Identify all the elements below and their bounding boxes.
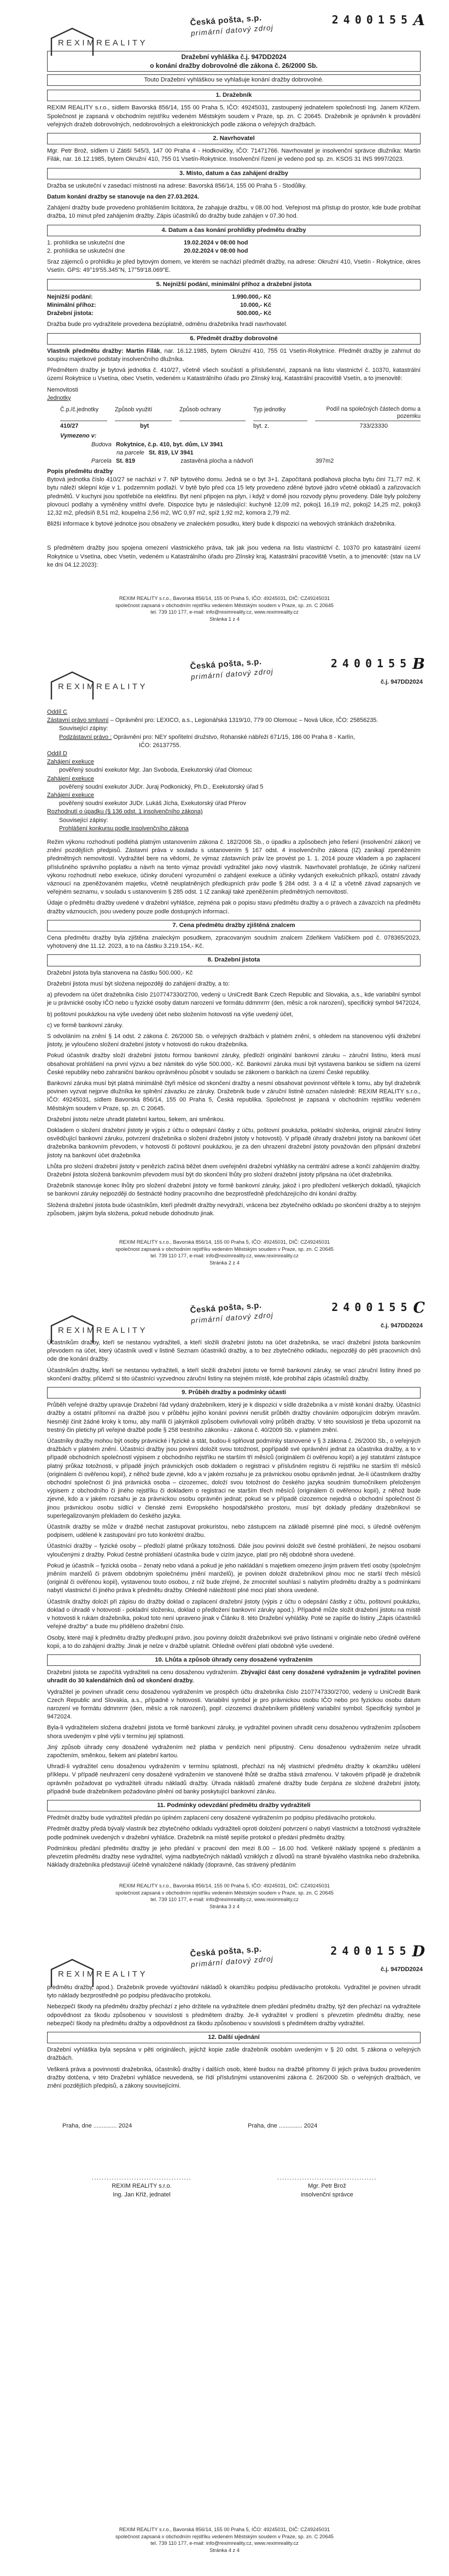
- paragraph: Dražební jistota se započítá vydražiteli…: [47, 1669, 421, 1685]
- paragraph: Lhůta pro složení dražební jistoty v pen…: [47, 1163, 421, 1179]
- section-heading: 7. Cena předmětu dražby zjištěná znalcem: [47, 920, 421, 931]
- rexim-reality-logo: REXIMREALITY: [55, 675, 175, 703]
- paragraph-text: Nebezpečí škody na předmětu dražby přech…: [47, 2003, 421, 2026]
- document-number-digits: 2400155: [331, 1301, 412, 1314]
- paragraph: Uhradí-li vydražitel cenu dosaženou vydr…: [47, 1763, 421, 1796]
- paragraph: S odvoláním na znění § 14 odst. 2 zákona…: [47, 1033, 421, 1049]
- text-line: Související zápisy:: [47, 725, 421, 733]
- kv-value: 10.000,- Kč: [129, 301, 271, 310]
- paragraph-text: Dražební jistotu nelze uhradit platební …: [47, 1116, 225, 1123]
- paragraph: Údaje o předmětu dražby uvedené v dražeb…: [47, 899, 421, 916]
- signature-right: Praha, dne .............. 2024..........…: [248, 2122, 406, 2199]
- paragraph-text: Pokud účastník dražby složí dražební jis…: [47, 1052, 421, 1075]
- kv-row: Nejnižší podání:1.990.000,- Kč: [47, 293, 421, 301]
- page-number: Stránka 4 z 4: [0, 2547, 449, 2554]
- signature-role: Ing. Jan Kříž, jednatel: [62, 2191, 221, 2199]
- document-number-digits: 2400155: [330, 1944, 411, 1957]
- paragraph-text: S odvoláním na znění § 14 odst. 2 zákona…: [47, 1033, 421, 1048]
- kv-label: 1. prohlídka se uskuteční dne: [47, 239, 184, 247]
- doc-title: Dražební vyhláška č.j. 947DD2024o konání…: [47, 51, 421, 72]
- paragraph-text: S předmětem dražby jsou spojena omezení …: [47, 545, 421, 568]
- table-cell: byt. z.: [253, 422, 315, 430]
- table-header-cell: Č.p./č.jednotky: [60, 406, 107, 421]
- page-body: Oddíl CZástavní právo smluvní – Oprávněn…: [47, 708, 421, 1221]
- paragraph: Datum konání dražby se stanovuje na den …: [47, 193, 421, 201]
- paragraph: REXIM REALITY s.r.o., sídlem Bavorská 85…: [47, 104, 421, 129]
- text-line: Související zápisy:: [47, 817, 421, 825]
- footer-line-2: společnost zapsaná v obchodním rejstříku…: [0, 2533, 449, 2540]
- table-header-cell: Způsob ochrany: [179, 406, 246, 421]
- paragraph-text: Zahájení dražby bude provedeno prohlášen…: [47, 205, 421, 219]
- kv-value: 20.02.2024 v 08:00 hod: [184, 247, 248, 255]
- vymezeno-kind: Budova: [91, 441, 112, 449]
- footer-line-1: REXIM REALITY s.r.o., Bavorská 856/14, 1…: [0, 1239, 449, 1246]
- paragraph-text: Dokladem o složení dražební jistoty je v…: [47, 1127, 421, 1159]
- paragraph: Pokud je účastník – fyzická osoba – žena…: [47, 1562, 421, 1595]
- paragraph-text: Bytová jednotka číslo 410/27 se nachází …: [47, 476, 421, 516]
- paragraph: Sraz zájemců o prohlídku je před bytovým…: [47, 258, 421, 275]
- section-heading: 2. Navrhovatel: [47, 133, 421, 144]
- line-text: Oprávnění pro: NEY spořitelní družstvo, …: [112, 734, 355, 741]
- underlined-lead: Zahájení exekuce: [47, 759, 94, 765]
- text-line: Zahájení exekuce: [47, 775, 421, 783]
- footer-line-1: REXIM REALITY s.r.o., Bavorská 856/14, 1…: [0, 2526, 449, 2533]
- section-heading: 12. Další ujednání: [47, 2032, 421, 2043]
- paragraph-text: Lhůta pro složení dražební jistoty v pen…: [47, 1163, 421, 1178]
- vymezeno-landuse: zastavěná plocha a nádvoří: [180, 457, 253, 465]
- signature-date: Praha, dne .............. 2024: [62, 2122, 221, 2130]
- underlined-lead: Oddíl D: [47, 750, 67, 757]
- underlined-lead: Zahájení exekuce: [47, 792, 94, 799]
- paragraph: Účastníkům dražby, kteří se nestanou vyd…: [47, 1339, 421, 1364]
- paragraph: Složená dražební jistota bude účastníkům…: [47, 1202, 421, 1218]
- table-cell: [179, 422, 253, 430]
- page-letter-handwritten: C: [413, 1299, 425, 1316]
- paragraph: Bankovní záruka musí být platná minimáln…: [47, 1080, 421, 1113]
- text-line: Oddíl C: [47, 708, 421, 716]
- paragraph: předmětu dražby, apod.). Dražebník prove…: [47, 1984, 421, 2000]
- key-value-block: Nejnižší podání:1.990.000,- KčMinimální …: [47, 293, 421, 318]
- paragraph: Účastníkům dražby, kteří se nestanou vyd…: [47, 1367, 421, 1383]
- underlined-lead: Zástavní právo smluvní: [47, 717, 109, 724]
- paragraph: S předmětem dražby jsou spojena omezení …: [47, 544, 421, 569]
- text-line: Zástavní právo smluvní – Oprávnění pro: …: [47, 716, 421, 725]
- logo-text: REXIMREALITY: [58, 682, 148, 691]
- kv-label: Minimální příhoz:: [47, 301, 129, 310]
- paragraph: Dražba bude pro vydražitele provedena be…: [47, 320, 421, 329]
- paragraph: Dokladem o složení dražební jistoty je v…: [47, 1127, 421, 1160]
- footer-line-1: REXIM REALITY s.r.o., Bavorská 856/14, 1…: [0, 1883, 449, 1890]
- table-cell: 733/23330: [315, 422, 421, 430]
- paragraph-text: Údaje o předmětu dražby uvedené v dražeb…: [47, 900, 421, 914]
- paragraph-text: Sraz zájemců o prohlídku je před bytovým…: [47, 259, 421, 273]
- page-header: REXIMREALITYČeská pošta, s.p.primární da…: [47, 656, 425, 710]
- paragraph-text: Účastníkům dražby, kteří se nestanou vyd…: [47, 1339, 421, 1362]
- document-number: 2400155D: [330, 1943, 425, 1960]
- key-value-block: 1. prohlídka se uskuteční dne19.02.2024 …: [47, 239, 421, 255]
- ceska-posta-stamp: Česká pošta, s.p.primární datový zdroj: [190, 1939, 339, 1969]
- scanned-document: REXIMREALITYČeská pošta, s.p.primární da…: [0, 0, 449, 2576]
- text-line: Oddíl D: [47, 750, 421, 758]
- page-letter-handwritten: D: [412, 1943, 425, 1960]
- paragraph-text: Účastník dražby doloží při zápisu do dra…: [47, 1599, 421, 1630]
- doc-title-line: Dražební vyhláška č.j. 947DD2024: [50, 53, 418, 61]
- kv-label: 2. prohlídka se uskuteční dne: [47, 247, 184, 255]
- paragraph-text: Bližší informace k bytové jednotce jsou …: [47, 521, 396, 527]
- page-number: Stránka 2 z 4: [0, 1260, 449, 1267]
- page-footer: REXIM REALITY s.r.o., Bavorská 856/14, 1…: [0, 1883, 449, 1910]
- document-page-1: REXIMREALITYČeská pošta, s.p.primární da…: [0, 0, 449, 644]
- ceska-posta-stamp: Česká pošta, s.p.primární datový zdroj: [190, 1296, 339, 1325]
- table-header-cell: Způsob využití: [115, 406, 172, 421]
- section-heading: 3. Místo, datum a čas zahájení dražby: [47, 168, 421, 179]
- paragraph: c) ve formě bankovní záruky.: [47, 1022, 421, 1030]
- vymezeno-value: St. 819: [116, 457, 135, 465]
- vymezeno-row: BudovaRokytnice, č.p. 410, byt. dům, LV …: [60, 441, 421, 449]
- table-row: 410/27bytbyt. z.733/23330: [60, 422, 421, 430]
- paragraph-text: Dražba bude pro vydražitele provedena be…: [47, 321, 288, 328]
- table-cell: byt: [115, 422, 179, 430]
- paragraph-text: a) převodem na účet dražebníka číslo 210…: [47, 992, 421, 1006]
- paragraph: Cena předmětu dražby byla zjištěna znale…: [47, 934, 421, 951]
- footer-line-2: společnost zapsaná v obchodním rejstříku…: [0, 602, 449, 609]
- paragraph: Dražba se uskuteční v zasedací místnosti…: [47, 182, 421, 190]
- paragraph-text: Dražebník stanovuje konec lhůty pro slož…: [47, 1182, 421, 1197]
- paragraph: Účastníky dražby mohou být osoby právnic…: [47, 1437, 421, 1520]
- kv-label: Dražební jistota:: [47, 310, 129, 318]
- document-number: 2400155C: [331, 1299, 425, 1316]
- underlined-lead: Oddíl C: [47, 709, 67, 715]
- vymezeno-kind: Parcela: [91, 457, 112, 465]
- paragraph: Mgr. Petr Brož, sídlem U Zátiší 545/3, 1…: [47, 147, 421, 164]
- text-line: Popis předmětu dražby: [47, 468, 421, 476]
- paragraph: Dražební jistotu nelze uhradit platební …: [47, 1116, 421, 1124]
- page-footer: REXIM REALITY s.r.o., Bavorská 856/14, 1…: [0, 1239, 449, 1266]
- text-line: Prohlášení konkursu podle insolvenčního …: [47, 825, 421, 833]
- page-body: předmětu dražby, apod.). Dražebník prove…: [47, 1984, 421, 2199]
- page-footer: REXIM REALITY s.r.o., Bavorská 856/14, 1…: [0, 2526, 449, 2554]
- paragraph: Dražební jistota byla stanovena na částk…: [47, 969, 421, 977]
- paragraph-lead: Vlastník předmětu dražby: Martin Filák: [47, 348, 160, 354]
- page-number: Stránka 3 z 4: [0, 1903, 449, 1910]
- vymezeno-kind: na parcele: [116, 449, 144, 457]
- text-line: Nemovitosti: [47, 386, 421, 394]
- paragraph: Účastník dražby doloží při zápisu do dra…: [47, 1598, 421, 1631]
- signature-left: Praha, dne .............. 2024..........…: [62, 2122, 221, 2199]
- page-body: Dražební vyhláška č.j. 947DD2024o konání…: [47, 48, 421, 572]
- ceska-posta-stamp: Česká pošta, s.p.primární datový zdroj: [190, 652, 339, 681]
- footer-line-3: tel. 739 110 177, e-mail: info@reximreal…: [0, 609, 449, 616]
- paragraph-text: Předmět dražby předá bývalý vlastník bez…: [47, 1826, 421, 1840]
- table-cell: 410/27: [60, 422, 115, 430]
- document-page-4: REXIMREALITYČeská pošta, s.p.primární da…: [0, 1931, 449, 2576]
- kv-value: 19.02.2024 v 08:00 hod: [184, 239, 248, 247]
- signature-line: ........................................: [62, 2174, 221, 2182]
- vymezeno-value: St. 819, LV 3941: [149, 449, 194, 457]
- paragraph-text: Složená dražební jistota bude účastníkům…: [47, 1202, 421, 1217]
- kv-row: 1. prohlídka se uskuteční dne19.02.2024 …: [47, 239, 421, 247]
- paragraph-text: c) ve formě bankovní záruky.: [47, 1022, 123, 1029]
- doc-title-line: o konání dražby dobrovolné dle zákona č.…: [50, 61, 418, 70]
- footer-line-2: společnost zapsaná v obchodním rejstříku…: [0, 1246, 449, 1253]
- kv-label: Nejnižší podání:: [47, 293, 129, 301]
- case-number: č.j. 947DD2024: [381, 1966, 423, 1973]
- doc-subtitle: Touto Dražební vyhláškou se vyhlašuje ko…: [47, 74, 421, 86]
- paragraph: Veškerá práva a povinnosti dražebníka, ú…: [47, 2066, 421, 2091]
- paragraph: Nebezpečí škody na předmětu dražby přech…: [47, 2003, 421, 2028]
- paragraph-text: Vydražitel je povinen uhradit cenu dosaž…: [47, 1689, 421, 1721]
- paragraph-text: Průběh veřejné dražby upravuje Dražební …: [47, 1402, 421, 1433]
- vymezeno-label: Vymezeno v:: [60, 432, 421, 440]
- signature-name: Mgr. Petr Brož: [248, 2182, 406, 2190]
- paragraph: Byla-li vydražitelem složena dražební ji…: [47, 1724, 421, 1740]
- document-number-digits: 2400155: [331, 657, 411, 670]
- document-page-3: REXIMREALITYČeská pošta, s.p.primární da…: [0, 1287, 449, 1931]
- underlined-lead: Podzástavní právo :: [59, 734, 112, 741]
- logo-text: REXIMREALITY: [58, 1326, 148, 1335]
- underlined-lead: Zahájení exekuce: [47, 776, 94, 782]
- paragraph-text: Jiný způsob úhrady ceny dosažené vydraže…: [47, 1744, 421, 1759]
- section-heading: 8. Dražební jistota: [47, 954, 421, 966]
- section-heading: 6. Předmět dražby dobrovolné: [47, 333, 421, 345]
- paragraph-text: Předmět dražby bude vydražiteli předán p…: [47, 1815, 376, 1821]
- paragraph-text: Veškerá práva a povinnosti dražebníka, ú…: [47, 2066, 421, 2089]
- paragraph: Účastník dražby se může v dražbě nechat …: [47, 1523, 421, 1540]
- paragraph: Vlastník předmětu dražby: Martin Filák, …: [47, 347, 421, 364]
- document-number-digits: 2400155: [332, 13, 412, 26]
- page-letter-handwritten: A: [413, 12, 425, 29]
- signature-date: Praha, dne .............. 2024: [248, 2122, 406, 2130]
- case-number: č.j. 947DD2024: [381, 1322, 423, 1329]
- paragraph: Režim výkonu rozhodnutí podléhá platným …: [47, 838, 421, 896]
- underlined-lead: Jednotky: [47, 395, 71, 401]
- ceska-posta-stamp: Česká pošta, s.p.primární datový zdroj: [190, 8, 339, 38]
- spacer: [47, 531, 421, 544]
- vymezeno-area: 397m2: [316, 457, 334, 465]
- paragraph-text: REXIM REALITY s.r.o., sídlem Bavorská 85…: [47, 104, 421, 127]
- page-number: Stránka 1 z 4: [0, 616, 449, 623]
- paragraph-text: Účastníkům dražby, kteří se nestanou vyd…: [47, 1367, 421, 1382]
- line-text: – Oprávnění pro: LEXICO, a.s., Legionářs…: [109, 717, 378, 724]
- document-number: 2400155A: [332, 12, 425, 29]
- signature-block: Praha, dne .............. 2024..........…: [47, 2122, 421, 2199]
- paragraph-text: b) poštovní poukázkou na výše uvedený úč…: [47, 1011, 293, 1018]
- paragraph: Předmět dražby předá bývalý vlastník bez…: [47, 1825, 421, 1841]
- spacer: [47, 833, 421, 838]
- paragraph-text: Účastník dražby se může v dražbě nechat …: [47, 1524, 421, 1538]
- vymezeno-row: ParcelaSt. 819zastavěná plocha a nádvoří…: [60, 457, 421, 465]
- logo-text: REXIMREALITY: [58, 1969, 148, 1979]
- underlined-lead: Rozhodnutí o úpadku (§ 136 odst. 1 insol…: [47, 808, 203, 815]
- paragraph: Dražební jistota musí být složena nejpoz…: [47, 980, 421, 988]
- paragraph: Vydražitel je povinen uhradit cenu dosaž…: [47, 1688, 421, 1722]
- paragraph-text: Mgr. Petr Brož, sídlem U Zátiší 545/3, 1…: [47, 148, 421, 162]
- table-header-cell: Typ jednotky: [253, 406, 307, 421]
- page-footer: REXIM REALITY s.r.o., Bavorská 856/14, 1…: [0, 595, 449, 622]
- paragraph-text: Účastníci dražby – fyzické osoby – předl…: [47, 1543, 421, 1558]
- section-heading: 1. Dražebník: [47, 90, 421, 101]
- units-table: Č.p./č.jednotkyZpůsob využitíZpůsob ochr…: [47, 406, 421, 465]
- paragraph: Jiný způsob úhrady ceny dosažené vydraže…: [47, 1744, 421, 1760]
- paragraph: Podmínkou předání předmětu dražby je jeh…: [47, 1845, 421, 1870]
- footer-line-3: tel. 739 110 177, e-mail: info@reximreal…: [0, 1896, 449, 1903]
- paragraph-text: Bankovní záruka musí být platná minimáln…: [47, 1080, 421, 1112]
- signature-role: insolvenční správce: [248, 2191, 406, 2199]
- text-line: pověřený soudní exekutor JUDr. Juraj Pod…: [47, 783, 421, 791]
- page-body: Účastníkům dražby, kteří se nestanou vyd…: [47, 1339, 421, 1872]
- paragraph-text: Byla-li vydražitelem složena dražební ji…: [47, 1724, 421, 1739]
- vymezeno-row: na parceleSt. 819, LV 3941: [60, 449, 421, 457]
- signature-line: ........................................: [248, 2174, 406, 2182]
- paragraph: Předmět dražby bude vydražiteli předán p…: [47, 1814, 421, 1822]
- text-line: Jednotky: [47, 394, 421, 403]
- kv-value: 500.000,- Kč: [129, 310, 271, 318]
- paragraph-text: Předmětem dražby je bytová jednotka č. 4…: [47, 367, 421, 382]
- table-header-cell: Podíl na společných částech domu a pozem…: [315, 406, 421, 421]
- paragraph: Bytová jednotka číslo 410/27 se nachází …: [47, 476, 421, 517]
- paragraph: Osoby, které mají k předmětu dražby před…: [47, 1634, 421, 1651]
- text-line: pověřený soudní exekutor JUDr. Lukáš Jíc…: [47, 800, 421, 808]
- paragraph: Bližší informace k bytové jednotce jsou …: [47, 520, 421, 528]
- table-header-row: Č.p./č.jednotkyZpůsob využitíZpůsob ochr…: [60, 406, 421, 421]
- paragraph: Pokud účastník dražby složí dražební jis…: [47, 1052, 421, 1077]
- text-line: Podzástavní právo : Oprávnění pro: NEY s…: [47, 733, 421, 742]
- kv-row: Minimální příhoz:10.000,- Kč: [47, 301, 421, 310]
- text-line: Rozhodnutí o úpadku (§ 136 odst. 1 insol…: [47, 808, 421, 816]
- paragraph: Průběh veřejné dražby upravuje Dražební …: [47, 1401, 421, 1435]
- footer-line-1: REXIM REALITY s.r.o., Bavorská 856/14, 1…: [0, 595, 449, 602]
- text-line: Zahájení exekuce: [47, 791, 421, 800]
- text-line: pověřený soudní exekutor Mgr. Jan Svobod…: [47, 766, 421, 774]
- text-line: Zahájení exekuce: [47, 758, 421, 766]
- paragraph: Zahájení dražby bude provedeno prohlášen…: [47, 204, 421, 220]
- paragraph-text: Uhradí-li vydražitel cenu dosaženou vydr…: [47, 1763, 421, 1795]
- document-number: 2400155B: [331, 656, 425, 673]
- paragraph-text: předmětu dražby, apod.). Dražebník prove…: [47, 1984, 421, 1999]
- paragraph: Účastníci dražby – fyzické osoby – předl…: [47, 1542, 421, 1559]
- paragraph: Dražební vyhláška byla sepsána v pěti or…: [47, 2046, 421, 2062]
- paragraph: Předmětem dražby je bytová jednotka č. 4…: [47, 366, 421, 383]
- signature-name: REXIM REALITY s.r.o.: [62, 2182, 221, 2190]
- paragraph-text: Osoby, které mají k předmětu dražby před…: [47, 1635, 421, 1650]
- page-letter-handwritten: B: [412, 656, 425, 673]
- kv-row: Dražební jistota:500.000,- Kč: [47, 310, 421, 318]
- paragraph-text: Režim výkonu rozhodnutí podléhá platným …: [47, 839, 421, 895]
- kv-value: 1.990.000,- Kč: [129, 293, 271, 301]
- paragraph-text: Dražba se uskuteční v zasedací místnosti…: [47, 183, 306, 189]
- kv-row: 2. prohlídka se uskuteční dne20.02.2024 …: [47, 247, 421, 255]
- paragraph-text: Dražební vyhláška byla sepsána v pěti or…: [47, 2047, 421, 2061]
- paragraph-text: Datum konání dražby se stanovuje na den …: [47, 194, 199, 200]
- section-heading: 9. Průběh dražby a podmínky účasti: [47, 1387, 421, 1398]
- footer-line-2: společnost zapsaná v obchodním rejstříku…: [0, 1890, 449, 1897]
- section-heading: 4. Datum a čas konání prohlídky předmětu…: [47, 225, 421, 236]
- paragraph: a) převodem na účet dražebníka číslo 210…: [47, 991, 421, 1007]
- paragraph-text: Dražební jistota byla stanovena na částk…: [47, 970, 193, 976]
- logo-text: REXIMREALITY: [58, 38, 148, 48]
- text-line: IČO: 26137755.: [47, 742, 421, 750]
- paragraph-text: Pokud je účastník – fyzická osoba – žena…: [47, 1563, 421, 1594]
- footer-line-3: tel. 739 110 177, e-mail: info@reximreal…: [0, 1252, 449, 1260]
- paragraph: b) poštovní poukázkou na výše uvedený úč…: [47, 1011, 421, 1019]
- section-heading: 10. Lhůta a způsob úhrady ceny dosažené …: [47, 1654, 421, 1666]
- underlined-lead: Prohlášení konkursu podle insolvenčního …: [59, 825, 189, 832]
- paragraph: Dražebník stanovuje konec lhůty pro slož…: [47, 1182, 421, 1198]
- document-page-2: REXIMREALITYČeská pošta, s.p.primární da…: [0, 644, 449, 1287]
- case-number: č.j. 947DD2024: [381, 679, 423, 685]
- footer-line-3: tel. 739 110 177, e-mail: info@reximreal…: [0, 2540, 449, 2547]
- paragraph-text: Podmínkou předání předmětu dražby je jeh…: [47, 1845, 421, 1868]
- vymezeno-value: Rokytnice, č.p. 410, byt. dům, LV 3941: [116, 441, 223, 449]
- paragraph-text: Cena předmětu dražby byla zjištěna znale…: [47, 935, 421, 949]
- paragraph-text: Dražební jistota musí být složena nejpoz…: [47, 981, 230, 987]
- paragraph-text: Účastníky dražby mohou být osoby právnic…: [47, 1438, 421, 1519]
- paragraph-text: Dražební jistota se započítá vydražiteli…: [47, 1669, 241, 1676]
- section-heading: 5. Nejnižší podání, minimální příhoz a d…: [47, 279, 421, 290]
- section-heading: 11. Podmínky odevzdání předmětu dražby v…: [47, 1800, 421, 1811]
